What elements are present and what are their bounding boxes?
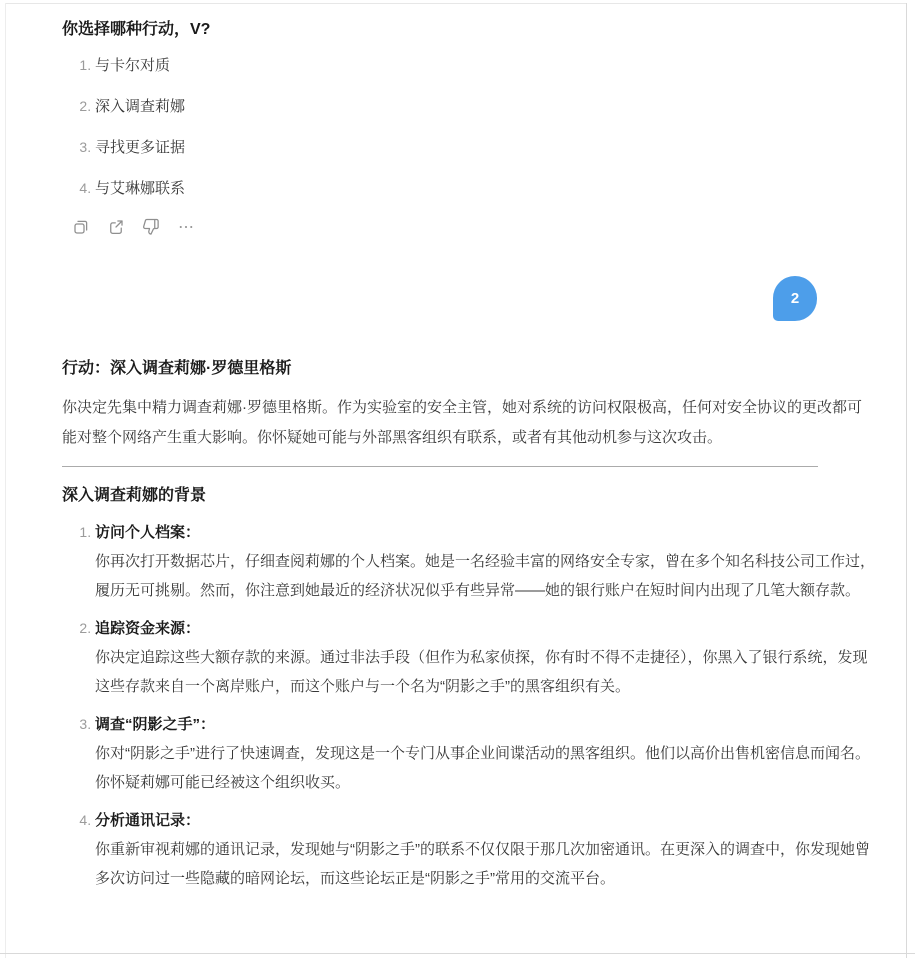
step-body: 你重新审视莉娜的通讯记录，发现她与“阴影之手”的联系不仅仅限于那几次加密通讯。在… bbox=[95, 841, 870, 887]
step-body: 你对“阴影之手”进行了快速调查，发现这是一个专门从事企业间谍活动的黑客组织。他们… bbox=[95, 745, 870, 791]
option-item-4: 与艾琳娜联系 bbox=[95, 173, 876, 204]
message-toolbar bbox=[72, 218, 876, 236]
intro-paragraph: 你决定先集中精力调查莉娜·罗德里格斯。作为实验室的安全主管，她对系统的访问权限极… bbox=[62, 393, 876, 453]
share-button[interactable] bbox=[107, 218, 125, 236]
user-message-bubble: 2 bbox=[773, 276, 817, 321]
step-title: 访问个人档案： bbox=[95, 518, 876, 547]
step-title: 调查“阴影之手”： bbox=[95, 710, 876, 739]
copy-button[interactable] bbox=[72, 218, 90, 236]
action-heading: 行动：深入调查莉娜·罗德里格斯 bbox=[62, 357, 876, 381]
step-title: 分析通讯记录： bbox=[95, 806, 876, 835]
thumbs-down-button[interactable] bbox=[142, 218, 160, 236]
options-list: 与卡尔对质 深入调查莉娜 寻找更多证据 与艾琳娜联系 bbox=[62, 50, 876, 204]
step-item-3: 调查“阴影之手”： 你对“阴影之手”进行了快速调查，发现这是一个专门从事企业间谍… bbox=[95, 710, 876, 797]
step-item-2: 追踪资金来源： 你决定追踪这些大额存款的来源。通过非法手段（但作为私家侦探，你有… bbox=[95, 614, 876, 701]
step-body: 你决定追踪这些大额存款的来源。通过非法手段（但作为私家侦探，你有时不得不走捷径）… bbox=[95, 649, 868, 695]
option-item-2: 深入调查莉娜 bbox=[95, 91, 876, 122]
step-item-4: 分析通讯记录： 你重新审视莉娜的通讯记录，发现她与“阴影之手”的联系不仅仅限于那… bbox=[95, 806, 876, 893]
share-export-icon bbox=[107, 218, 125, 236]
step-item-1: 访问个人档案： 你再次打开数据芯片，仔细查阅莉娜的个人档案。她是一名经验丰富的网… bbox=[95, 518, 876, 605]
question-heading: 你选择哪种行动，V? bbox=[62, 18, 876, 42]
more-button[interactable] bbox=[177, 218, 195, 236]
assistant-message-1: 你选择哪种行动，V? 与卡尔对质 深入调查莉娜 寻找更多证据 与艾琳娜联系 bbox=[62, 18, 876, 236]
panel-border-right bbox=[906, 3, 907, 958]
section-heading: 深入调查莉娜的背景 bbox=[62, 484, 876, 508]
step-body: 你再次打开数据芯片，仔细查阅莉娜的个人档案。她是一名经验丰富的网络安全专家，曾在… bbox=[95, 553, 875, 599]
copy-icon bbox=[72, 218, 90, 236]
more-icon bbox=[177, 218, 195, 236]
steps-list: 访问个人档案： 你再次打开数据芯片，仔细查阅莉娜的个人档案。她是一名经验丰富的网… bbox=[62, 518, 876, 893]
step-title: 追踪资金来源： bbox=[95, 614, 876, 643]
chat-content: 你选择哪种行动，V? 与卡尔对质 深入调查莉娜 寻找更多证据 与艾琳娜联系 bbox=[6, 4, 906, 958]
thumbs-down-icon bbox=[142, 218, 160, 236]
assistant-message-2: 行动：深入调查莉娜·罗德里格斯 你决定先集中精力调查莉娜·罗德里格斯。作为实验室… bbox=[62, 357, 876, 893]
option-item-1: 与卡尔对质 bbox=[95, 50, 876, 81]
section-divider bbox=[62, 466, 818, 467]
user-message-row: 2 bbox=[62, 276, 817, 321]
option-item-3: 寻找更多证据 bbox=[95, 132, 876, 163]
